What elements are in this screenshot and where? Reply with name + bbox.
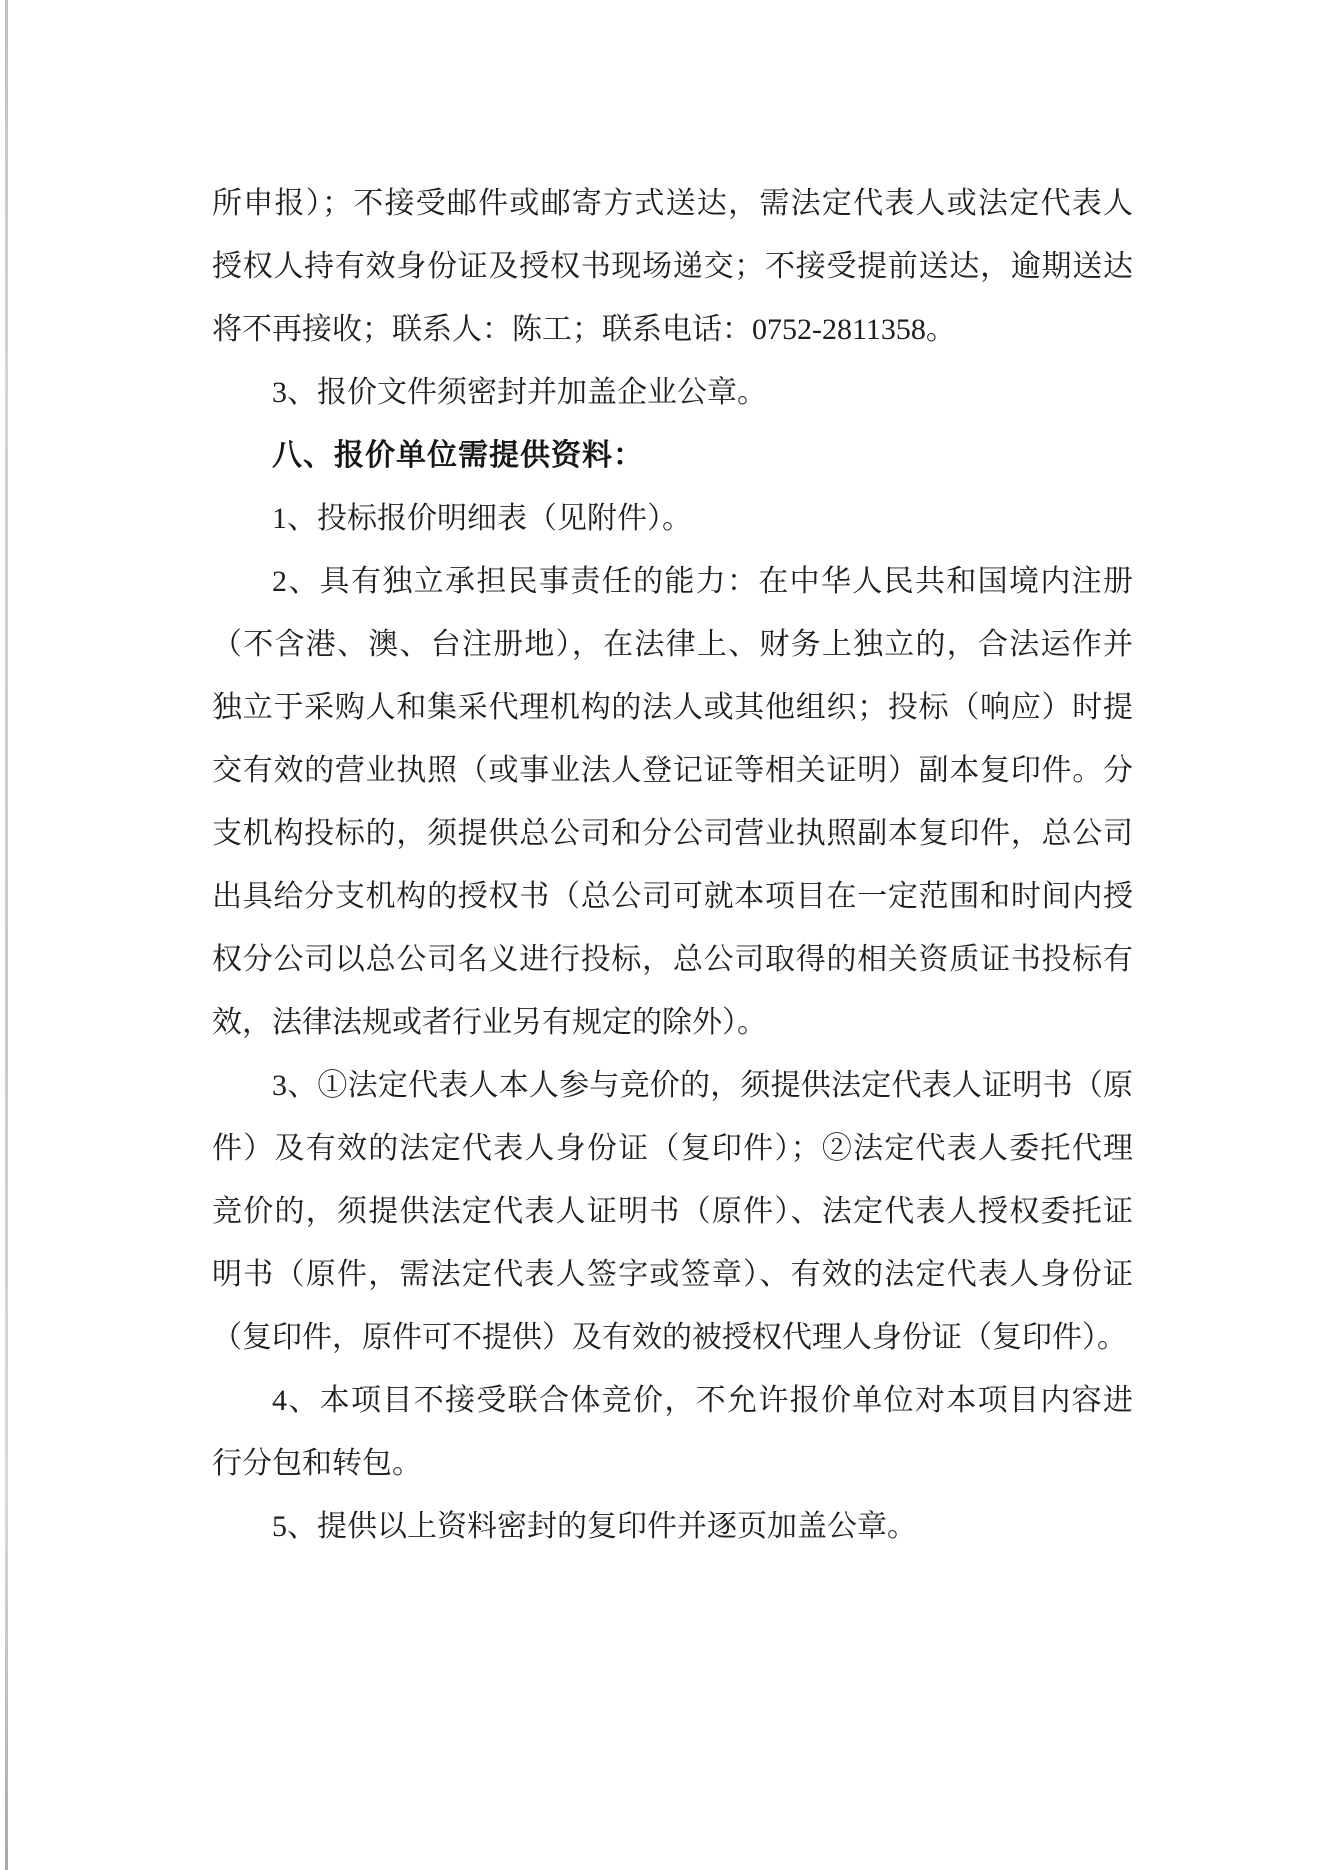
paragraph: 4、本项目不接受联合体竞价，不允许报价单位对本项目内容进行分包和转包。 xyxy=(212,1369,1133,1495)
text-line: 将不再接收；联系人：陈工；联系电话：0752-2811358。 xyxy=(212,298,1133,361)
text-line: 5、提供以上资料密封的复印件并逐页加盖公章。 xyxy=(212,1495,1133,1558)
paragraph: 5、提供以上资料密封的复印件并逐页加盖公章。 xyxy=(212,1495,1133,1558)
text-line: 出具给分支机构的授权书（总公司可就本项目在一定范围和时间内授 xyxy=(212,865,1133,928)
text-line: 3、①法定代表人本人参与竞价的，须提供法定代表人证明书（原 xyxy=(212,1054,1133,1117)
document-page: 所申报）；不接受邮件或邮寄方式送达，需法定代表人或法定代表人授权人持有效身份证及… xyxy=(0,0,1323,1870)
text-line: 1、投标报价明细表（见附件）。 xyxy=(212,487,1133,550)
text-line: 独立于采购人和集采代理机构的法人或其他组织；投标（响应）时提 xyxy=(212,676,1133,739)
text-line: 权分公司以总公司名义进行投标，总公司取得的相关资质证书投标有 xyxy=(212,928,1133,991)
paragraph: 3、①法定代表人本人参与竞价的，须提供法定代表人证明书（原件）及有效的法定代表人… xyxy=(212,1054,1133,1369)
text-line: 支机构投标的，须提供总公司和分公司营业执照副本复印件，总公司 xyxy=(212,802,1133,865)
text-line: 件）及有效的法定代表人身份证（复印件）；②法定代表人委托代理 xyxy=(212,1117,1133,1180)
document-body: 所申报）；不接受邮件或邮寄方式送达，需法定代表人或法定代表人授权人持有效身份证及… xyxy=(212,172,1133,1558)
text-line: 3、报价文件须密封并加盖企业公章。 xyxy=(212,361,1133,424)
paragraph: 1、投标报价明细表（见附件）。 xyxy=(212,487,1133,550)
text-line: 八、报价单位需提供资料： xyxy=(212,424,1133,487)
text-line: 4、本项目不接受联合体竞价，不允许报价单位对本项目内容进 xyxy=(212,1369,1133,1432)
section-heading: 八、报价单位需提供资料： xyxy=(212,424,1133,487)
text-line: （不含港、澳、台注册地），在法律上、财务上独立的，合法运作并 xyxy=(212,613,1133,676)
text-line: 授权人持有效身份证及授权书现场递交；不接受提前送达，逾期送达 xyxy=(212,235,1133,298)
text-line: 交有效的营业执照（或事业法人登记证等相关证明）副本复印件。分 xyxy=(212,739,1133,802)
text-line: 明书（原件，需法定代表人签字或签章）、有效的法定代表人身份证 xyxy=(212,1243,1133,1306)
text-line: 所申报）；不接受邮件或邮寄方式送达，需法定代表人或法定代表人 xyxy=(212,172,1133,235)
paragraph: 所申报）；不接受邮件或邮寄方式送达，需法定代表人或法定代表人授权人持有效身份证及… xyxy=(212,172,1133,361)
text-line: 效，法律法规或者行业另有规定的除外）。 xyxy=(212,991,1133,1054)
text-line: （复印件，原件可不提供）及有效的被授权代理人身份证（复印件）。 xyxy=(212,1306,1133,1369)
scan-edge-artifact xyxy=(5,0,8,1870)
paragraph: 2、具有独立承担民事责任的能力：在中华人民共和国境内注册（不含港、澳、台注册地）… xyxy=(212,550,1133,1054)
text-line: 行分包和转包。 xyxy=(212,1432,1133,1495)
text-line: 竞价的，须提供法定代表人证明书（原件）、法定代表人授权委托证 xyxy=(212,1180,1133,1243)
paragraph: 3、报价文件须密封并加盖企业公章。 xyxy=(212,361,1133,424)
text-line: 2、具有独立承担民事责任的能力：在中华人民共和国境内注册 xyxy=(212,550,1133,613)
